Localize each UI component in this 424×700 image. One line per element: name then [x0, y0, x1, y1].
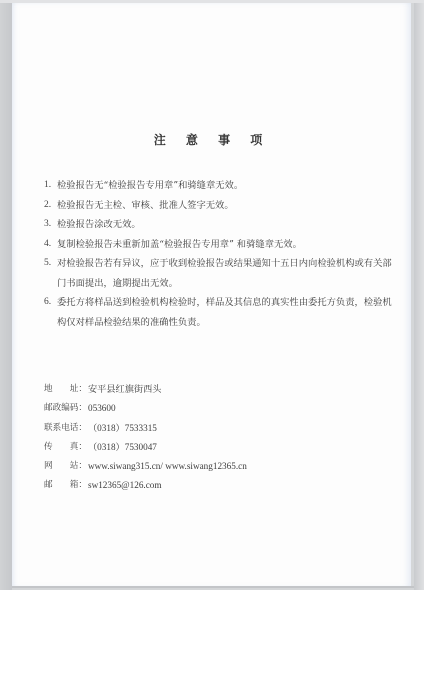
page-title: 注 意 事 项 — [0, 131, 424, 148]
address-value: 安平县红旗街西头 — [88, 380, 162, 399]
note-item: 6. 委托方将样品送到检验机构检验时，样品及其信息的真实性由委托方负责，检验机构… — [44, 293, 394, 332]
note-item: 5. 对检验报告若有异议，应于收到检验报告或结果通知十五日内向检验机构或有关部门… — [44, 254, 394, 293]
note-text: 检验报告涂改无效。 — [57, 215, 394, 235]
note-item: 2. 检验报告无主检、审核、批准人签字无效。 — [44, 196, 394, 216]
contact-label: 传 真： — [44, 438, 88, 457]
note-text: 对检验报告若有异议，应于收到检验报告或结果通知十五日内向检验机构或有关部门书面提… — [57, 254, 394, 293]
contact-label: 地 址： — [44, 380, 88, 399]
notes-list: 1. 检验报告无“检验报告专用章”和骑缝章无效。 2. 检验报告无主检、审核、批… — [44, 176, 394, 332]
contact-email: 邮 箱： sw12365@126.com — [44, 476, 364, 495]
note-item: 1. 检验报告无“检验报告专用章”和骑缝章无效。 — [44, 176, 394, 196]
contact-info: 地 址： 安平县红旗街西头 邮政编码： 053600 联系电话： （0318）7… — [44, 380, 364, 496]
note-number: 3. — [44, 215, 51, 235]
note-text: 检验报告无“检验报告专用章”和骑缝章无效。 — [57, 176, 394, 196]
note-text: 检验报告无主检、审核、批准人签字无效。 — [57, 196, 394, 216]
page-bottom-edge — [12, 586, 414, 588]
note-text: 复制检验报告未重新加盖“检验报告专用章” 和骑缝章无效。 — [57, 235, 394, 255]
scan-right-edge — [414, 0, 424, 590]
contact-postcode: 邮政编码： 053600 — [44, 399, 364, 418]
contact-fax: 传 真： （0318）7530047 — [44, 438, 364, 457]
contact-address: 地 址： 安平县红旗街西头 — [44, 380, 364, 399]
scan-left-edge — [0, 0, 12, 590]
contact-website: 网 站： www.siwang315.cn/ www.siwang12365.c… — [44, 457, 364, 476]
note-text: 委托方将样品送到检验机构检验时，样品及其信息的真实性由委托方负责，检验机构仅对样… — [57, 293, 394, 332]
email-value: sw12365@126.com — [88, 476, 162, 495]
contact-phone: 联系电话： （0318）7533315 — [44, 419, 364, 438]
contact-label: 邮政编码： — [44, 399, 88, 418]
contact-label: 邮 箱： — [44, 476, 88, 495]
note-number: 4. — [44, 235, 51, 255]
postcode-value: 053600 — [88, 399, 116, 418]
contact-label: 联系电话： — [44, 419, 88, 438]
note-number: 6. — [44, 293, 51, 313]
note-item: 4. 复制检验报告未重新加盖“检验报告专用章” 和骑缝章无效。 — [44, 235, 394, 255]
note-item: 3. 检验报告涂改无效。 — [44, 215, 394, 235]
fax-value: （0318）7530047 — [88, 438, 157, 457]
phone-value: （0318）7533315 — [88, 419, 157, 438]
note-number: 2. — [44, 196, 51, 216]
note-number: 1. — [44, 176, 51, 196]
note-number: 5. — [44, 254, 51, 274]
website-value: www.siwang315.cn/ www.siwang12365.cn — [88, 457, 247, 476]
contact-label: 网 站： — [44, 457, 88, 476]
